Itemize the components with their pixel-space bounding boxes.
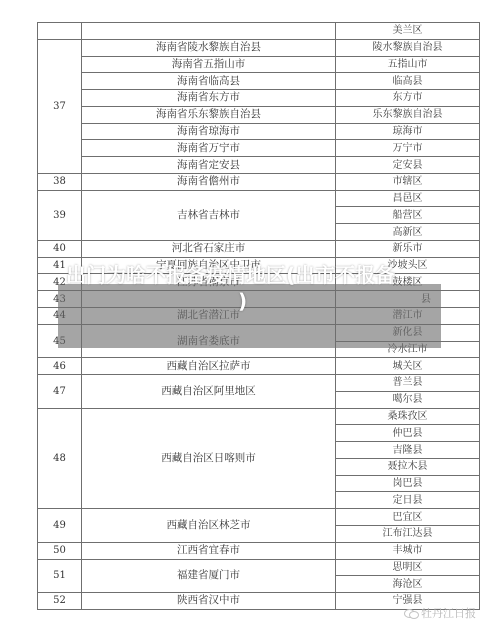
district-cell: 高新区 xyxy=(336,224,480,241)
district-cell: 昌邑区 xyxy=(336,190,480,207)
table-row: 50 江西省宜春市 丰城市 xyxy=(38,542,480,559)
row-number: 37 xyxy=(38,39,82,173)
city-cell: 西藏自治区林芝市 xyxy=(82,509,336,543)
city-cell: 海南省乐东黎族自治县 xyxy=(82,106,336,123)
city-cell: 河北省石家庄市 xyxy=(82,240,336,257)
table-row: 47 西藏自治区阿里地区 普兰县 xyxy=(38,375,480,392)
city-cell: 海南省万宁市 xyxy=(82,140,336,157)
row-number: 47 xyxy=(38,375,82,409)
district-cell: 万宁市 xyxy=(336,140,480,157)
table-row: 39 吉林省吉林市 昌邑区 xyxy=(38,190,480,207)
watermark-text: 牡丹江日报 xyxy=(421,605,476,621)
row-number: 46 xyxy=(38,358,82,375)
city-cell: 海南省儋州市 xyxy=(82,173,336,190)
row-number xyxy=(38,23,82,40)
district-cell: 定日县 xyxy=(336,492,480,509)
table-row: 49 西藏自治区林芝市 巴宜区 xyxy=(38,509,480,526)
table-row: 38 海南省儋州市 市辖区 xyxy=(38,173,480,190)
district-cell: 桑珠孜区 xyxy=(336,408,480,425)
row-number: 52 xyxy=(38,593,82,610)
district-cell: 聂拉木县 xyxy=(336,458,480,475)
district-cell: 思明区 xyxy=(336,559,480,576)
city-cell: 海南省琼海市 xyxy=(82,123,336,140)
city-cell: 海南省东方市 xyxy=(82,90,336,107)
row-number: 38 xyxy=(38,173,82,190)
table-row: 海南省万宁市 万宁市 xyxy=(38,140,480,157)
overlay-title-line1: 出门为啥不报备疫情地区(出市不报备 xyxy=(66,262,446,288)
city-cell: 西藏自治区日喀则市 xyxy=(82,408,336,509)
district-cell: 江布江达县 xyxy=(336,525,480,542)
table-row: 海南省五指山市 五指山市 xyxy=(38,56,480,73)
overlay-title: 出门为啥不报备疫情地区(出市不报备 ) xyxy=(66,262,446,314)
city-cell: 海南省五指山市 xyxy=(82,56,336,73)
city-cell xyxy=(82,23,336,40)
district-cell: 乐东黎族自治县 xyxy=(336,106,480,123)
table-row: 海南省临高县 临高县 xyxy=(38,73,480,90)
district-cell: 岗巴县 xyxy=(336,475,480,492)
district-cell: 丰城市 xyxy=(336,542,480,559)
city-cell: 吉林省吉林市 xyxy=(82,190,336,240)
district-cell: 定安县 xyxy=(336,157,480,174)
table-row: 海南省东方市 东方市 xyxy=(38,90,480,107)
row-number: 39 xyxy=(38,190,82,240)
city-cell: 海南省陵水黎族自治县 xyxy=(82,39,336,56)
row-number: 49 xyxy=(38,509,82,543)
district-cell: 噶尔县 xyxy=(336,391,480,408)
city-cell: 海南省临高县 xyxy=(82,73,336,90)
city-cell: 西藏自治区阿里地区 xyxy=(82,375,336,409)
table-row: 48 西藏自治区日喀则市 桑珠孜区 xyxy=(38,408,480,425)
table-row: 46 西藏自治区拉萨市 城关区 xyxy=(38,358,480,375)
row-number: 48 xyxy=(38,408,82,509)
district-cell: 新乐市 xyxy=(336,240,480,257)
city-cell: 西藏自治区拉萨市 xyxy=(82,358,336,375)
district-cell: 临高县 xyxy=(336,73,480,90)
table-row: 美兰区 xyxy=(38,23,480,40)
city-cell: 江西省宜春市 xyxy=(82,542,336,559)
district-cell: 巴宜区 xyxy=(336,509,480,526)
district-cell: 仲巴县 xyxy=(336,425,480,442)
city-cell: 海南省定安县 xyxy=(82,157,336,174)
city-cell: 陕西省汉中市 xyxy=(82,593,336,610)
row-number: 50 xyxy=(38,542,82,559)
district-cell: 吉隆县 xyxy=(336,442,480,459)
district-cell: 普兰县 xyxy=(336,375,480,392)
district-cell: 五指山市 xyxy=(336,56,480,73)
overlay-title-line2: ) xyxy=(66,288,446,314)
table-row: 40 河北省石家庄市 新乐市 xyxy=(38,240,480,257)
table-row: 37 海南省陵水黎族自治县 陵水黎族自治县 xyxy=(38,39,480,56)
table-row: 51 福建省厦门市 思明区 xyxy=(38,559,480,576)
table-row: 海南省定安县 定安县 xyxy=(38,157,480,174)
district-cell: 海沧区 xyxy=(336,576,480,593)
district-cell: 船营区 xyxy=(336,207,480,224)
district-cell: 东方市 xyxy=(336,90,480,107)
table-row: 海南省乐东黎族自治县 乐东黎族自治县 xyxy=(38,106,480,123)
row-number: 40 xyxy=(38,240,82,257)
source-watermark: 牡丹江日报 xyxy=(404,605,476,621)
city-cell: 福建省厦门市 xyxy=(82,559,336,593)
row-number: 51 xyxy=(38,559,82,593)
table-row: 海南省琼海市 琼海市 xyxy=(38,123,480,140)
district-cell: 城关区 xyxy=(336,358,480,375)
district-cell: 琼海市 xyxy=(336,123,480,140)
wechat-icon xyxy=(404,608,418,618)
district-cell: 美兰区 xyxy=(336,23,480,40)
district-cell: 陵水黎族自治县 xyxy=(336,39,480,56)
district-cell: 市辖区 xyxy=(336,173,480,190)
